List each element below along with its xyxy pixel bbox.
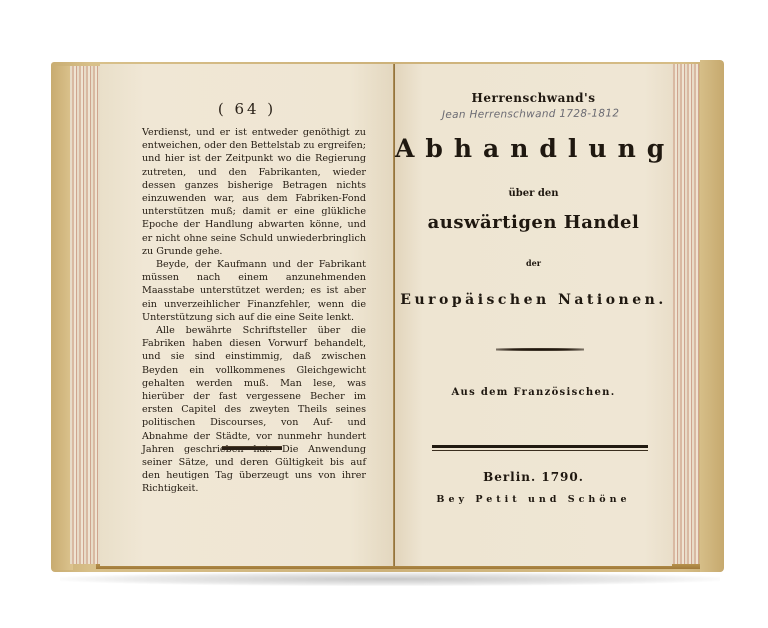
page-stack-left (70, 66, 100, 564)
title-page: Herrenschwand's Jean Herrenschwand 1728-… (395, 64, 672, 566)
imprint-publisher: Bey Petit und Schöne (395, 494, 672, 505)
body-text: Verdienst, und er ist entweder genöthigt… (142, 126, 366, 496)
cover-right-edge (700, 60, 724, 572)
double-rule-top (432, 445, 648, 448)
paragraph-1: Verdienst, und er ist entweder genöthigt… (142, 126, 366, 258)
book-title: Abhandlung (395, 134, 672, 163)
end-rule (222, 446, 282, 450)
left-page: ( 64 ) Verdienst, und er ist entweder ge… (100, 64, 394, 566)
title-connector-ueber: über den (395, 188, 672, 199)
ornamental-rule (496, 348, 584, 351)
translation-note: Aus dem Französischen. (395, 387, 672, 398)
title-connector-der: der (395, 258, 672, 268)
handwritten-annotation: Jean Herrenschwand 1728-1812 (442, 107, 662, 121)
imprint-place-year: Berlin. 1790. (395, 470, 672, 484)
title-nations: Europäischen Nationen. (395, 292, 672, 308)
page-number: ( 64 ) (100, 100, 394, 118)
book-shadow (60, 572, 720, 586)
paragraph-2: Beyde, der Kaufmann und der Fabrikant mü… (142, 258, 366, 324)
page-stack-right (671, 64, 699, 564)
title-subject: auswärtigen Handel (395, 212, 672, 233)
author-name: Herrenschwand's (395, 91, 672, 105)
double-rule-bottom (432, 450, 648, 451)
paragraph-3: Alle bewährte Schriftsteller über die Fa… (142, 324, 366, 496)
